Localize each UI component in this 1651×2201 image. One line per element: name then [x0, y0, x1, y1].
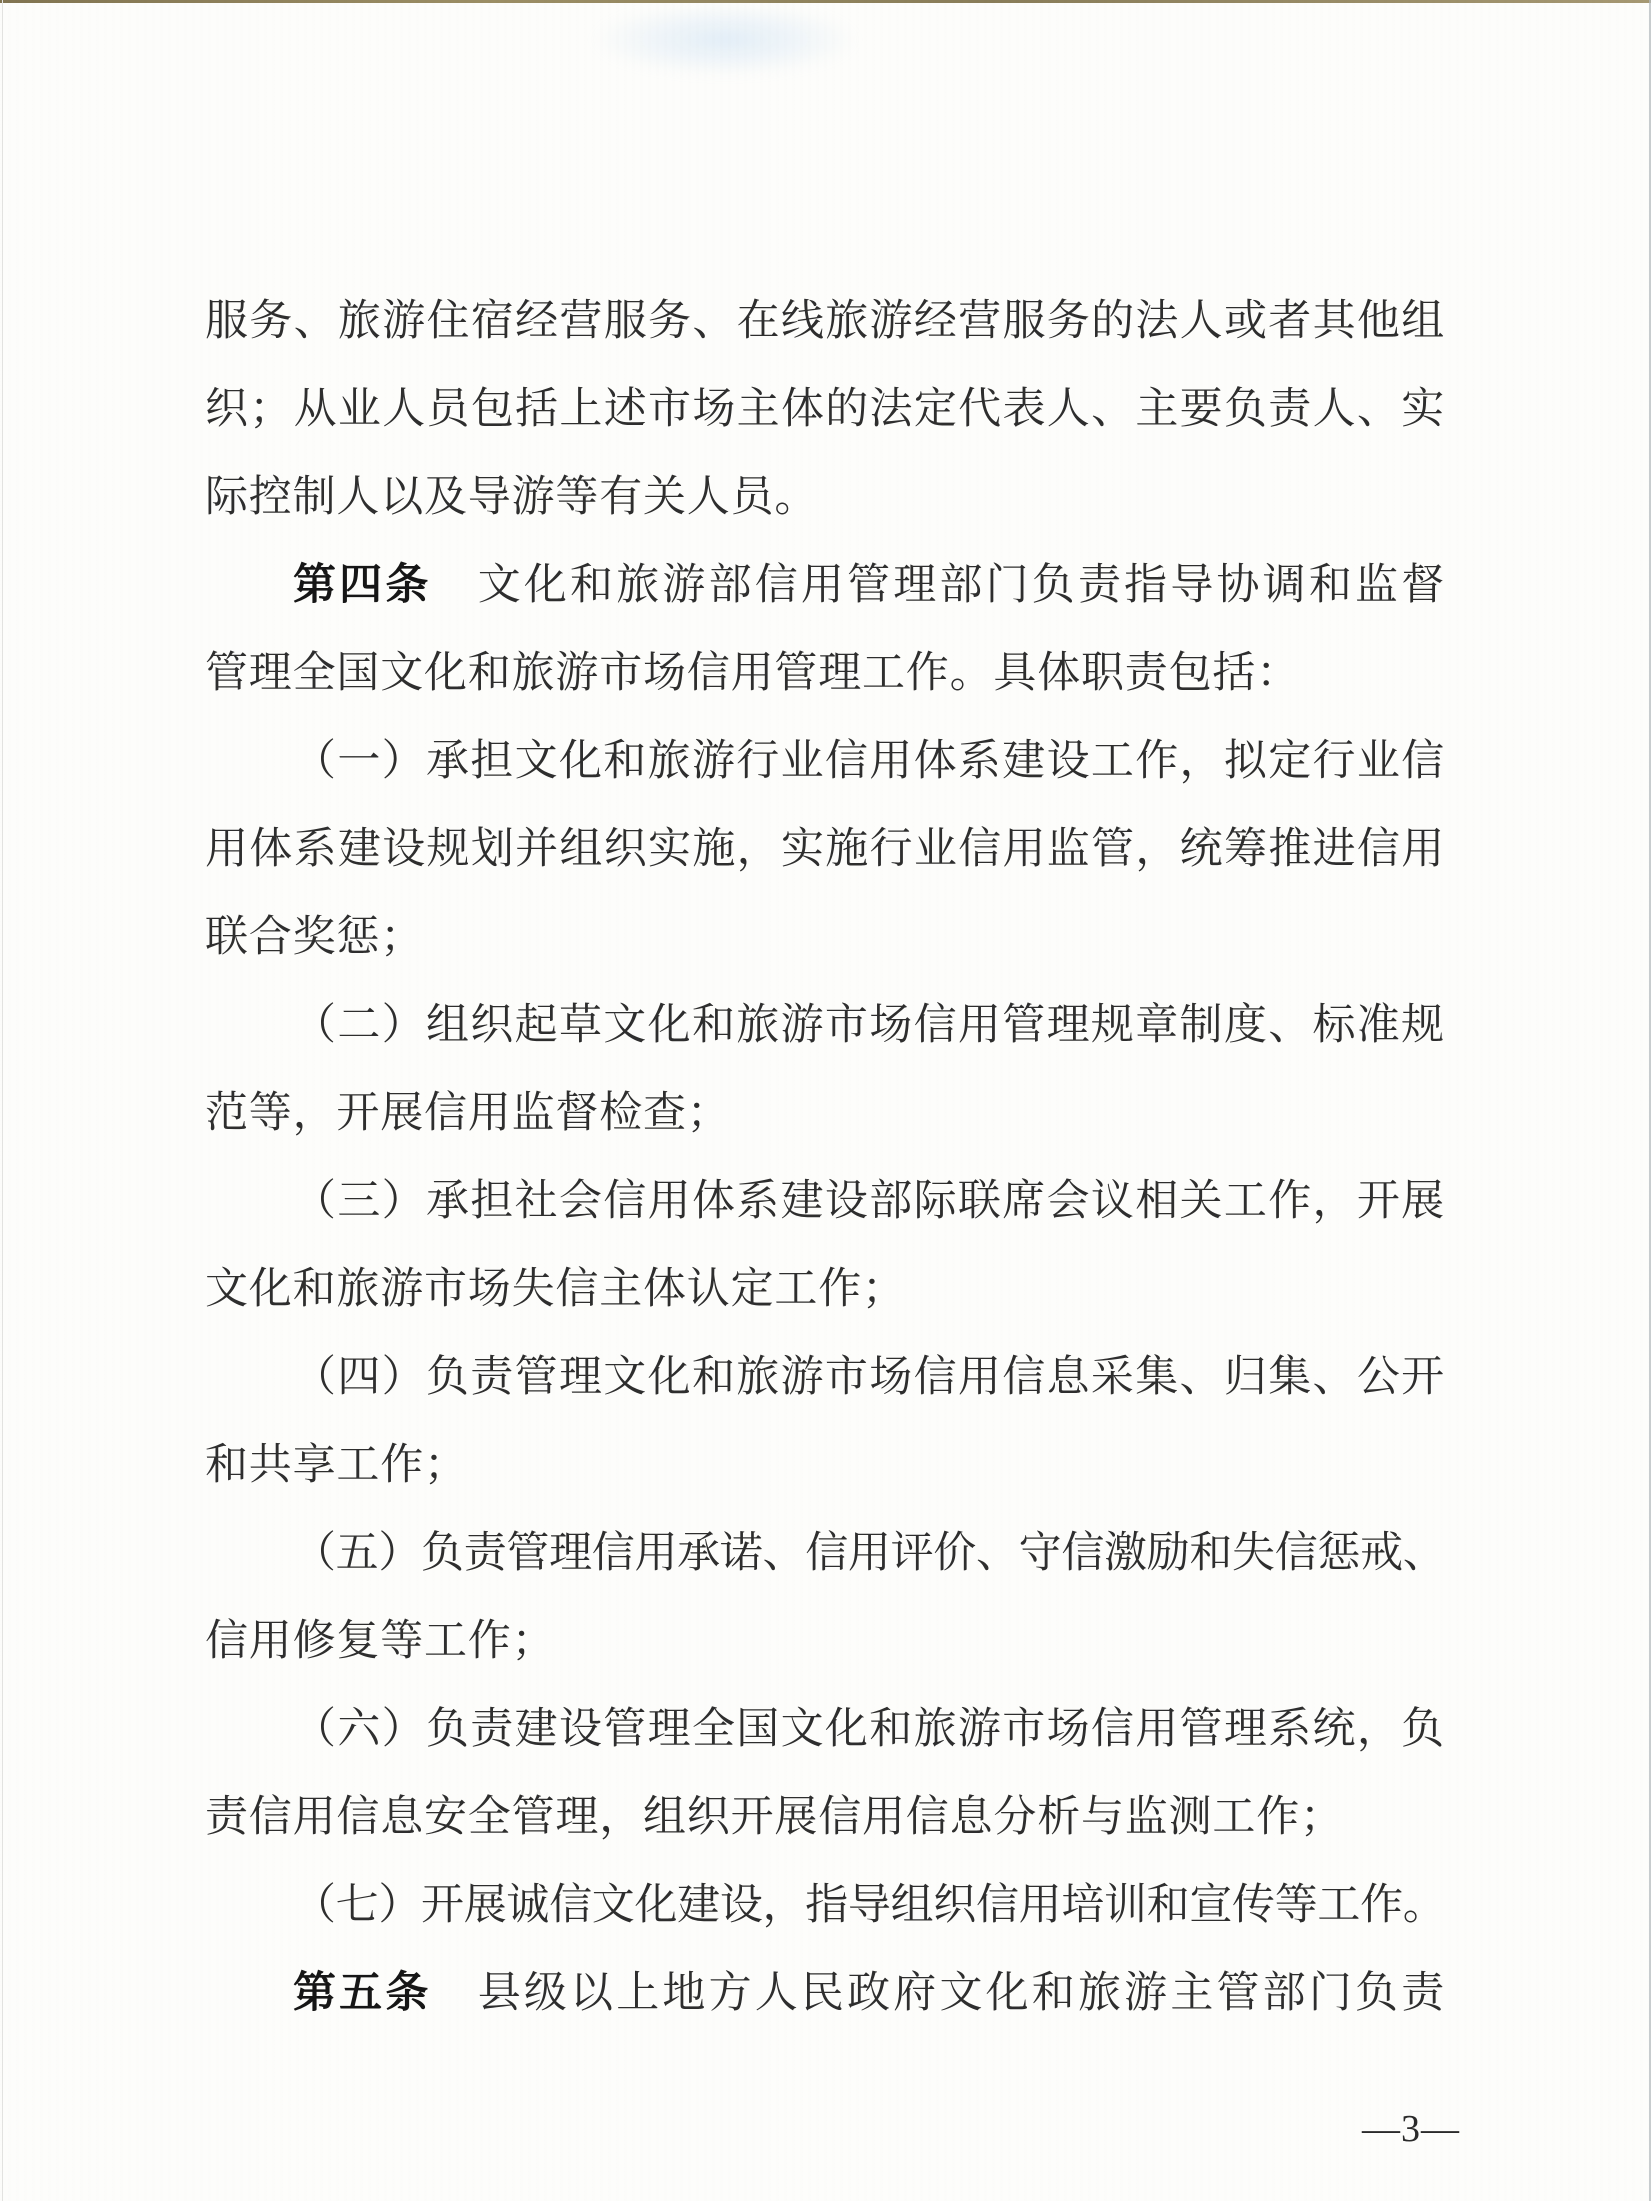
text-segment: 县级以上地方人民政府文化和旅游主管部门负责 — [432, 1970, 1445, 2017]
scan-smudge — [590, 2, 860, 77]
text-line: 责信用信息安全管理，组织开展信用信息分析与监测工作； — [205, 1774, 1445, 1862]
text-line: 文化和旅游市场失信主体认定工作； — [205, 1246, 1445, 1334]
text-line-item-5: （五）负责管理信用承诺、信用评价、守信激励和失信惩戒、 — [205, 1510, 1445, 1598]
text-line: 服务、旅游住宿经营服务、在线旅游经营服务的法人或者其他组 — [205, 278, 1445, 366]
text-line: 管理全国文化和旅游市场信用管理工作。具体职责包括： — [205, 630, 1445, 718]
text-segment: 文化和旅游部信用管理部门负责指导协调和监督 — [432, 562, 1445, 609]
text-line: 信用修复等工作； — [205, 1598, 1445, 1686]
text-line-item-3: （三）承担社会信用体系建设部际联席会议相关工作，开展 — [205, 1158, 1445, 1246]
page-number: —3— — [1362, 2100, 1460, 2158]
text-line-article-5: 第五条 县级以上地方人民政府文化和旅游主管部门负责 — [205, 1950, 1445, 2038]
text-line: 范等，开展信用监督检查； — [205, 1070, 1445, 1158]
text-line-item-7: （七）开展诚信文化建设，指导组织信用培训和宣传等工作。 — [205, 1862, 1445, 1950]
text-line: 和共享工作； — [205, 1422, 1445, 1510]
article-5-heading: 第五条 — [293, 1970, 432, 2017]
scan-top-edge-line — [0, 0, 1651, 3]
text-line-item-2: （二）组织起草文化和旅游市场信用管理规章制度、标准规 — [205, 982, 1445, 1070]
article-4-heading: 第四条 — [293, 562, 432, 609]
text-line-item-1: （一）承担文化和旅游行业信用体系建设工作，拟定行业信 — [205, 718, 1445, 806]
text-line: 用体系建设规划并组织实施，实施行业信用监管，统筹推进信用 — [205, 806, 1445, 894]
text-line-item-6: （六）负责建设管理全国文化和旅游市场信用管理系统，负 — [205, 1686, 1445, 1774]
scan-left-edge-line — [2, 0, 3, 2201]
body-text: 服务、旅游住宿经营服务、在线旅游经营服务的法人或者其他组 织；从业人员包括上述市… — [205, 278, 1445, 2038]
document-page: 服务、旅游住宿经营服务、在线旅游经营服务的法人或者其他组 织；从业人员包括上述市… — [0, 0, 1651, 2201]
text-line: 织；从业人员包括上述市场主体的法定代表人、主要负责人、实 — [205, 366, 1445, 454]
text-line: 际控制人以及导游等有关人员。 — [205, 454, 1445, 542]
text-line-article-4: 第四条 文化和旅游部信用管理部门负责指导协调和监督 — [205, 542, 1445, 630]
text-line-item-4: （四）负责管理文化和旅游市场信用信息采集、归集、公开 — [205, 1334, 1445, 1422]
text-line: 联合奖惩； — [205, 894, 1445, 982]
